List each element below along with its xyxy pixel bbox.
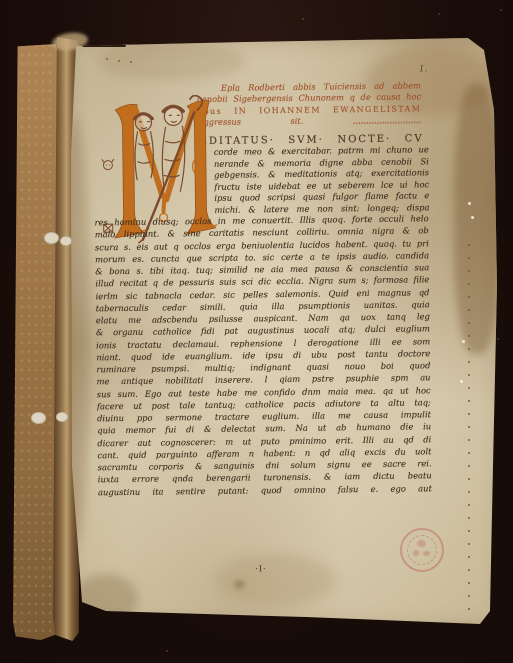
rubric-heading: Epla Rodberti abbis Tuiciensis ad abbemc… — [197, 80, 422, 128]
marginal-sketch-face — [100, 156, 116, 176]
dust-speck — [438, 13, 440, 15]
wax-glint — [460, 380, 463, 383]
manuscript-text-line: sus sum. Ego aut teste habe me confido d… — [97, 384, 431, 400]
manuscript-text-line: niant. quod ide euanglium. ide ipsu di u… — [96, 347, 430, 363]
quire-signature: ·I· — [245, 564, 277, 573]
rubric-line: opus IN IOHANNEM EWANGELISTAM — [197, 103, 421, 117]
manuscript-text-line: ierlm sic tabnacla cedar. sic pelles sal… — [95, 286, 429, 302]
stain — [216, 554, 336, 606]
manuscript-text-line: dicarer aut cognoscerer: m ut puto pmini… — [97, 433, 431, 449]
manuscript-text-line: michi. & latere me non sint: longeq; dis… — [214, 202, 429, 216]
pricking-hole — [118, 60, 120, 62]
dust-speck — [302, 18, 304, 20]
folio-number: 1. — [419, 64, 428, 74]
manuscript-text-line: tabernaculis cedar simili. quia illa psu… — [96, 298, 430, 314]
manuscript-text-line: ruminare psumpsi. multiq; indignant quas… — [96, 359, 430, 375]
illuminated-initial-M: M — [107, 95, 219, 244]
parchment-page: 1. Epla Rodberti abbis Tuiciensis ad abb… — [66, 36, 504, 630]
manuscript-text-line: & organu catholice fidi pat augustinus u… — [96, 322, 430, 338]
manuscript-photo: 1. Epla Rodberti abbis Tuiciensis ad abb… — [0, 0, 513, 663]
manuscript-text-line: morum es. cuncta que scripta to. sic cer… — [95, 249, 429, 265]
initial-letter: M — [107, 96, 108, 97]
manuscript-text-line: iuxta errore qnda berengarii turonensis.… — [98, 469, 432, 485]
pricking-hole — [130, 61, 132, 63]
top-edge-tab — [82, 38, 126, 47]
sewing-thread-knot — [60, 236, 72, 246]
manuscript-text-line: elatu me adscbendu psilusse auspicant. N… — [96, 310, 430, 326]
manuscript-text-line: facere ut post tale tantuq; catholice pa… — [97, 396, 431, 412]
sewing-thread-knot — [31, 412, 46, 424]
sewing-thread-knot — [56, 412, 68, 422]
stain — [366, 46, 496, 116]
stain — [454, 84, 500, 354]
wax-glint — [462, 340, 465, 343]
marginal-sketch-box — [102, 220, 116, 239]
stamp-mark — [423, 551, 430, 556]
manuscript-text-line: fructu iste uidebat ee ut seberem lce ui… — [214, 179, 429, 193]
dust-speck — [500, 9, 502, 11]
manuscript-text-line: diuinu ppo sermone tractare euglium. ill… — [97, 408, 431, 424]
manuscript-text-line: malo lippiunt. & sine caritatis nesciunt… — [95, 224, 429, 240]
manuscript-text-line: ipsu quod scripsi quasi fulgor flame fac… — [214, 191, 429, 205]
main-text-block: res hominu diusq; occlos in me conuertit… — [95, 212, 432, 498]
manuscript-text-line: me antique nobilitati inserere. l qiam p… — [97, 371, 431, 387]
stamp-mark — [417, 540, 426, 547]
text-beside-initial: corde meo & exercitabar. patrm mi chuno … — [214, 144, 430, 216]
manuscript-text-line: corde meo & exercitabar. patrm mi chuno … — [214, 144, 429, 158]
wax-glint — [468, 202, 471, 205]
incipit-display-capitals: EDITATUS· SVM· NOCTE· CV — [200, 133, 424, 148]
wax-glint — [471, 216, 474, 219]
dust-speck — [497, 338, 499, 340]
manuscript-text-line: scura s. eis aut q occlos erga beniuolen… — [95, 237, 429, 253]
manuscript-text-line: quia memor fui di & delectat sum. Na ut … — [97, 420, 431, 436]
stamp-mark — [413, 550, 419, 556]
manuscript-text-line: illud recitat q de pessuris suis sci dic… — [95, 273, 429, 289]
rubric-line: cenobii Sigebergensis Chunonem q de caus… — [197, 92, 421, 106]
manuscript-text-line: cant. quid parguinto afferam n habent: n… — [97, 445, 431, 461]
stain — [234, 580, 245, 589]
manuscript-text-line: sacramtu corporis & sanguinis dni solum … — [98, 457, 432, 473]
dust-speck — [166, 650, 168, 652]
manuscript-text-line: augustinu ita sentire putant: quod omnin… — [98, 482, 432, 498]
manuscript-text-line: gebgensis. & meditationis atq; exercitat… — [214, 167, 429, 181]
pricking-hole — [106, 58, 108, 60]
book-cover-board — [13, 44, 59, 640]
manuscript-text-line: res hominu diusq; occlos in me conuertit… — [95, 212, 429, 228]
rubric-line: Epla Rodberti abbis Tuiciensis ad abbem — [197, 80, 421, 94]
rubric-line: Aggressus sit. ,,,,,,,,,,,,,,,,,,,,,,,,,… — [197, 114, 421, 128]
pricking-holes-column — [468, 244, 470, 612]
page-content: 1. Epla Rodberti abbis Tuiciensis ad abb… — [62, 33, 507, 632]
manuscript-text-line: ionis tractatu declamaui. rephensione l … — [96, 335, 430, 351]
library-stamp — [400, 528, 444, 572]
initial-artwork — [107, 95, 219, 244]
stamp-inner-ring — [407, 535, 437, 565]
stain — [74, 574, 138, 624]
manuscript-text-line: & bona s. tibi itaq. tuq; similid ne aia… — [95, 261, 429, 277]
stain — [96, 42, 246, 80]
manuscript-text-line: nerande & memoria digne abba cenobii Si — [214, 156, 429, 170]
sewing-thread-knot — [44, 232, 59, 244]
